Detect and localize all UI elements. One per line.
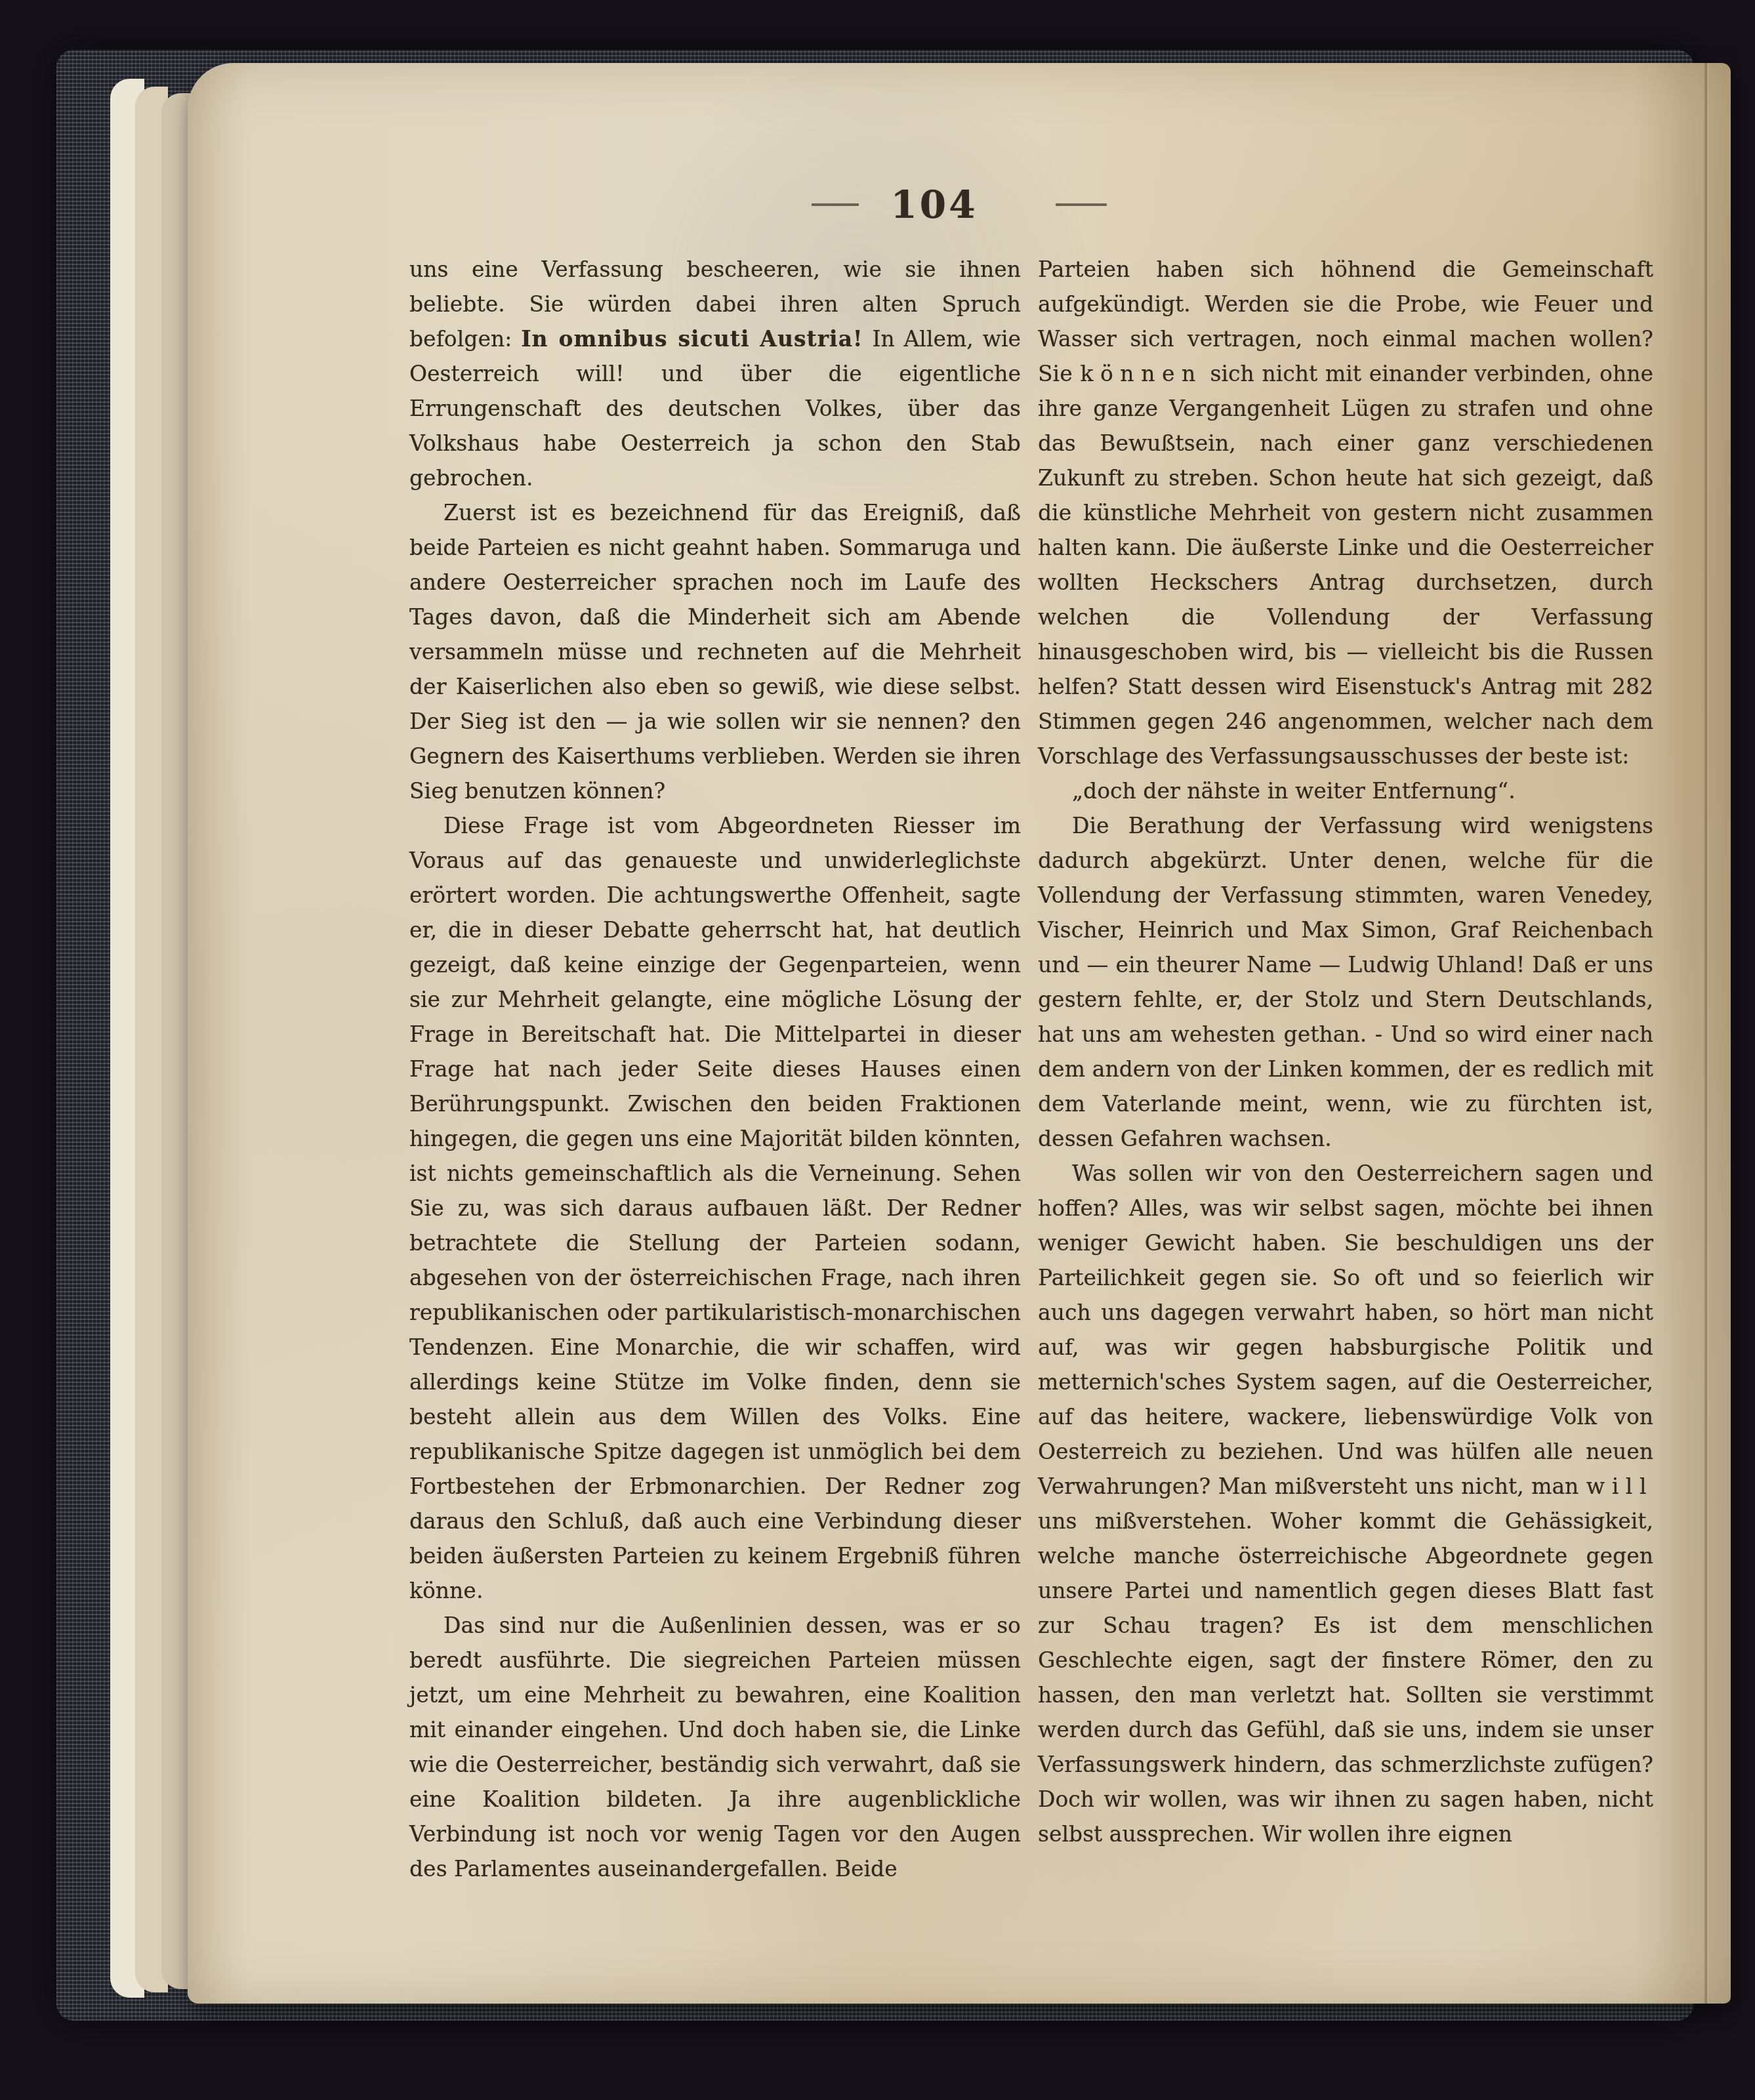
header-rule-left xyxy=(812,203,859,206)
book-scan-photo: 104 uns eine Verfassung bescheeren, wie … xyxy=(0,0,1755,2100)
text-column-left: uns eine Verfassung bescheeren, wie sie … xyxy=(409,252,1021,1886)
paragraph: Parteien haben sich höhnend die Gemeinsc… xyxy=(1038,252,1653,773)
text-segment: uns mißverstehen. Woher kommt die Gehäss… xyxy=(1038,1508,1653,1847)
text-segment: Diese Frage ist vom Abgeordneten Riesser… xyxy=(409,813,1021,1603)
paragraph: Die Berathung der Verfassung wird wenigs… xyxy=(1038,808,1653,1156)
book-page: 104 uns eine Verfassung bescheeren, wie … xyxy=(188,63,1731,2004)
text-column-right: Parteien haben sich höhnend die Gemeinsc… xyxy=(1038,252,1653,1851)
page-header: 104 xyxy=(188,178,1731,231)
paragraph: Das sind nur die Außenlinien dessen, was… xyxy=(409,1608,1021,1886)
text-segment: Die Berathung der Verfassung wird wenigs… xyxy=(1038,813,1653,1151)
text-segment: will xyxy=(1586,1473,1653,1499)
text-segment: In omnibus sicuti Austria! xyxy=(521,326,863,352)
paragraph: Zuerst ist es bezeichnend für das Ereign… xyxy=(409,495,1021,808)
paragraph: „doch der nähste in weiter Entfernung“. xyxy=(1038,773,1653,808)
text-segment: können xyxy=(1080,361,1203,386)
text-segment: sich nicht mit einander verbinden, ohne … xyxy=(1038,361,1653,769)
paragraph: uns eine Verfassung bescheeren, wie sie … xyxy=(409,252,1021,495)
text-segment: „doch der nähste in weiter Entfernung“. xyxy=(1072,778,1516,804)
header-rule-right xyxy=(1056,203,1107,206)
page-number: 104 xyxy=(890,182,978,227)
text-segment: Was sollen wir von den Oesterreichern sa… xyxy=(1038,1161,1653,1499)
paragraph: Diese Frage ist vom Abgeordneten Riesser… xyxy=(409,808,1021,1608)
text-segment: Das sind nur die Außenlinien dessen, was… xyxy=(409,1613,1021,1882)
gutter-fold xyxy=(1704,63,1708,2004)
paragraph: Was sollen wir von den Oesterreichern sa… xyxy=(1038,1156,1653,1851)
text-segment: Zuerst ist es bezeichnend für das Ereign… xyxy=(409,500,1021,804)
